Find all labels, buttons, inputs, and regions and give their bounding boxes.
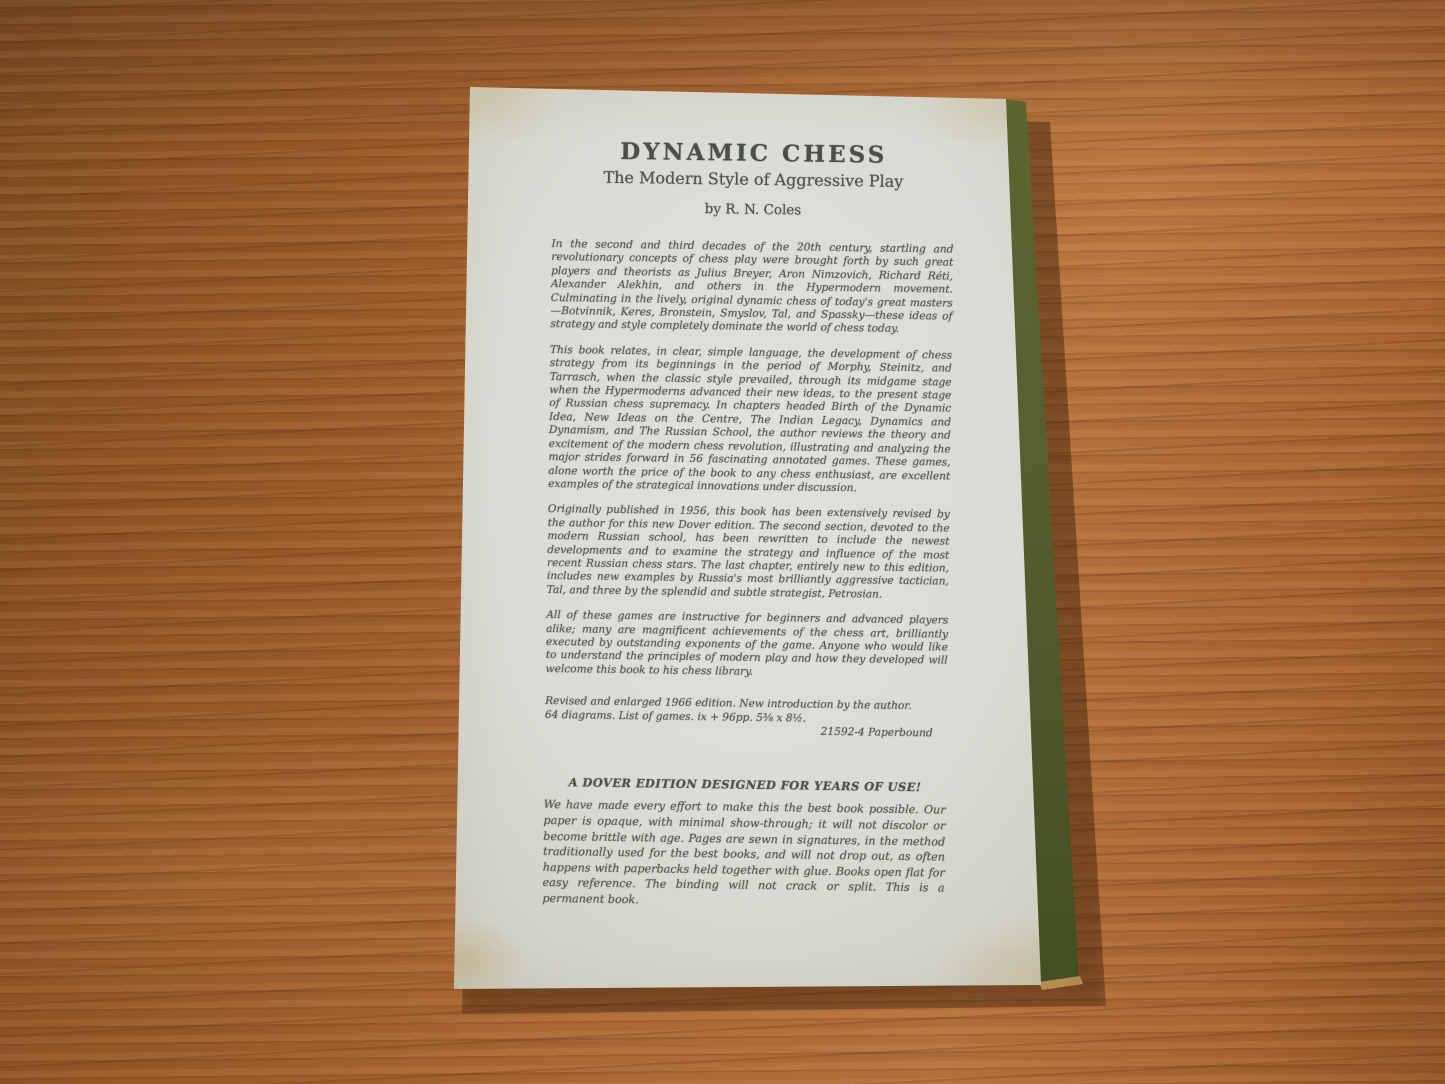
book-back-cover: DYNAMIC CHESS The Modern Style of Aggres…	[440, 80, 1100, 1005]
blurb-paragraph: In the second and third decades of the 2…	[550, 238, 953, 337]
book-title: DYNAMIC CHESS	[553, 137, 955, 170]
book: DYNAMIC CHESS The Modern Style of Aggres…	[440, 80, 1100, 1005]
dover-note-body: We have made every effort to make this t…	[542, 797, 945, 912]
blurb-paragraph: Originally published in 1956, this book …	[547, 503, 950, 602]
blurb-paragraph: All of these games are instructive for b…	[545, 609, 948, 682]
edition-colophon: Revised and enlarged 1966 edition. New i…	[545, 695, 948, 741]
wood-table-background: DYNAMIC CHESS The Modern Style of Aggres…	[0, 0, 1445, 1084]
dover-note: A DOVER EDITION DESIGNED FOR YEARS OF US…	[542, 775, 946, 912]
dover-note-heading: A DOVER EDITION DESIGNED FOR YEARS OF US…	[544, 775, 946, 795]
cover-text-block: DYNAMIC CHESS The Modern Style of Aggres…	[542, 137, 955, 923]
book-subtitle: The Modern Style of Aggressive Play	[552, 167, 954, 192]
blurb-paragraph: This book relates, in clear, simple lang…	[548, 344, 952, 497]
book-byline: by R. N. Coles	[552, 199, 954, 221]
